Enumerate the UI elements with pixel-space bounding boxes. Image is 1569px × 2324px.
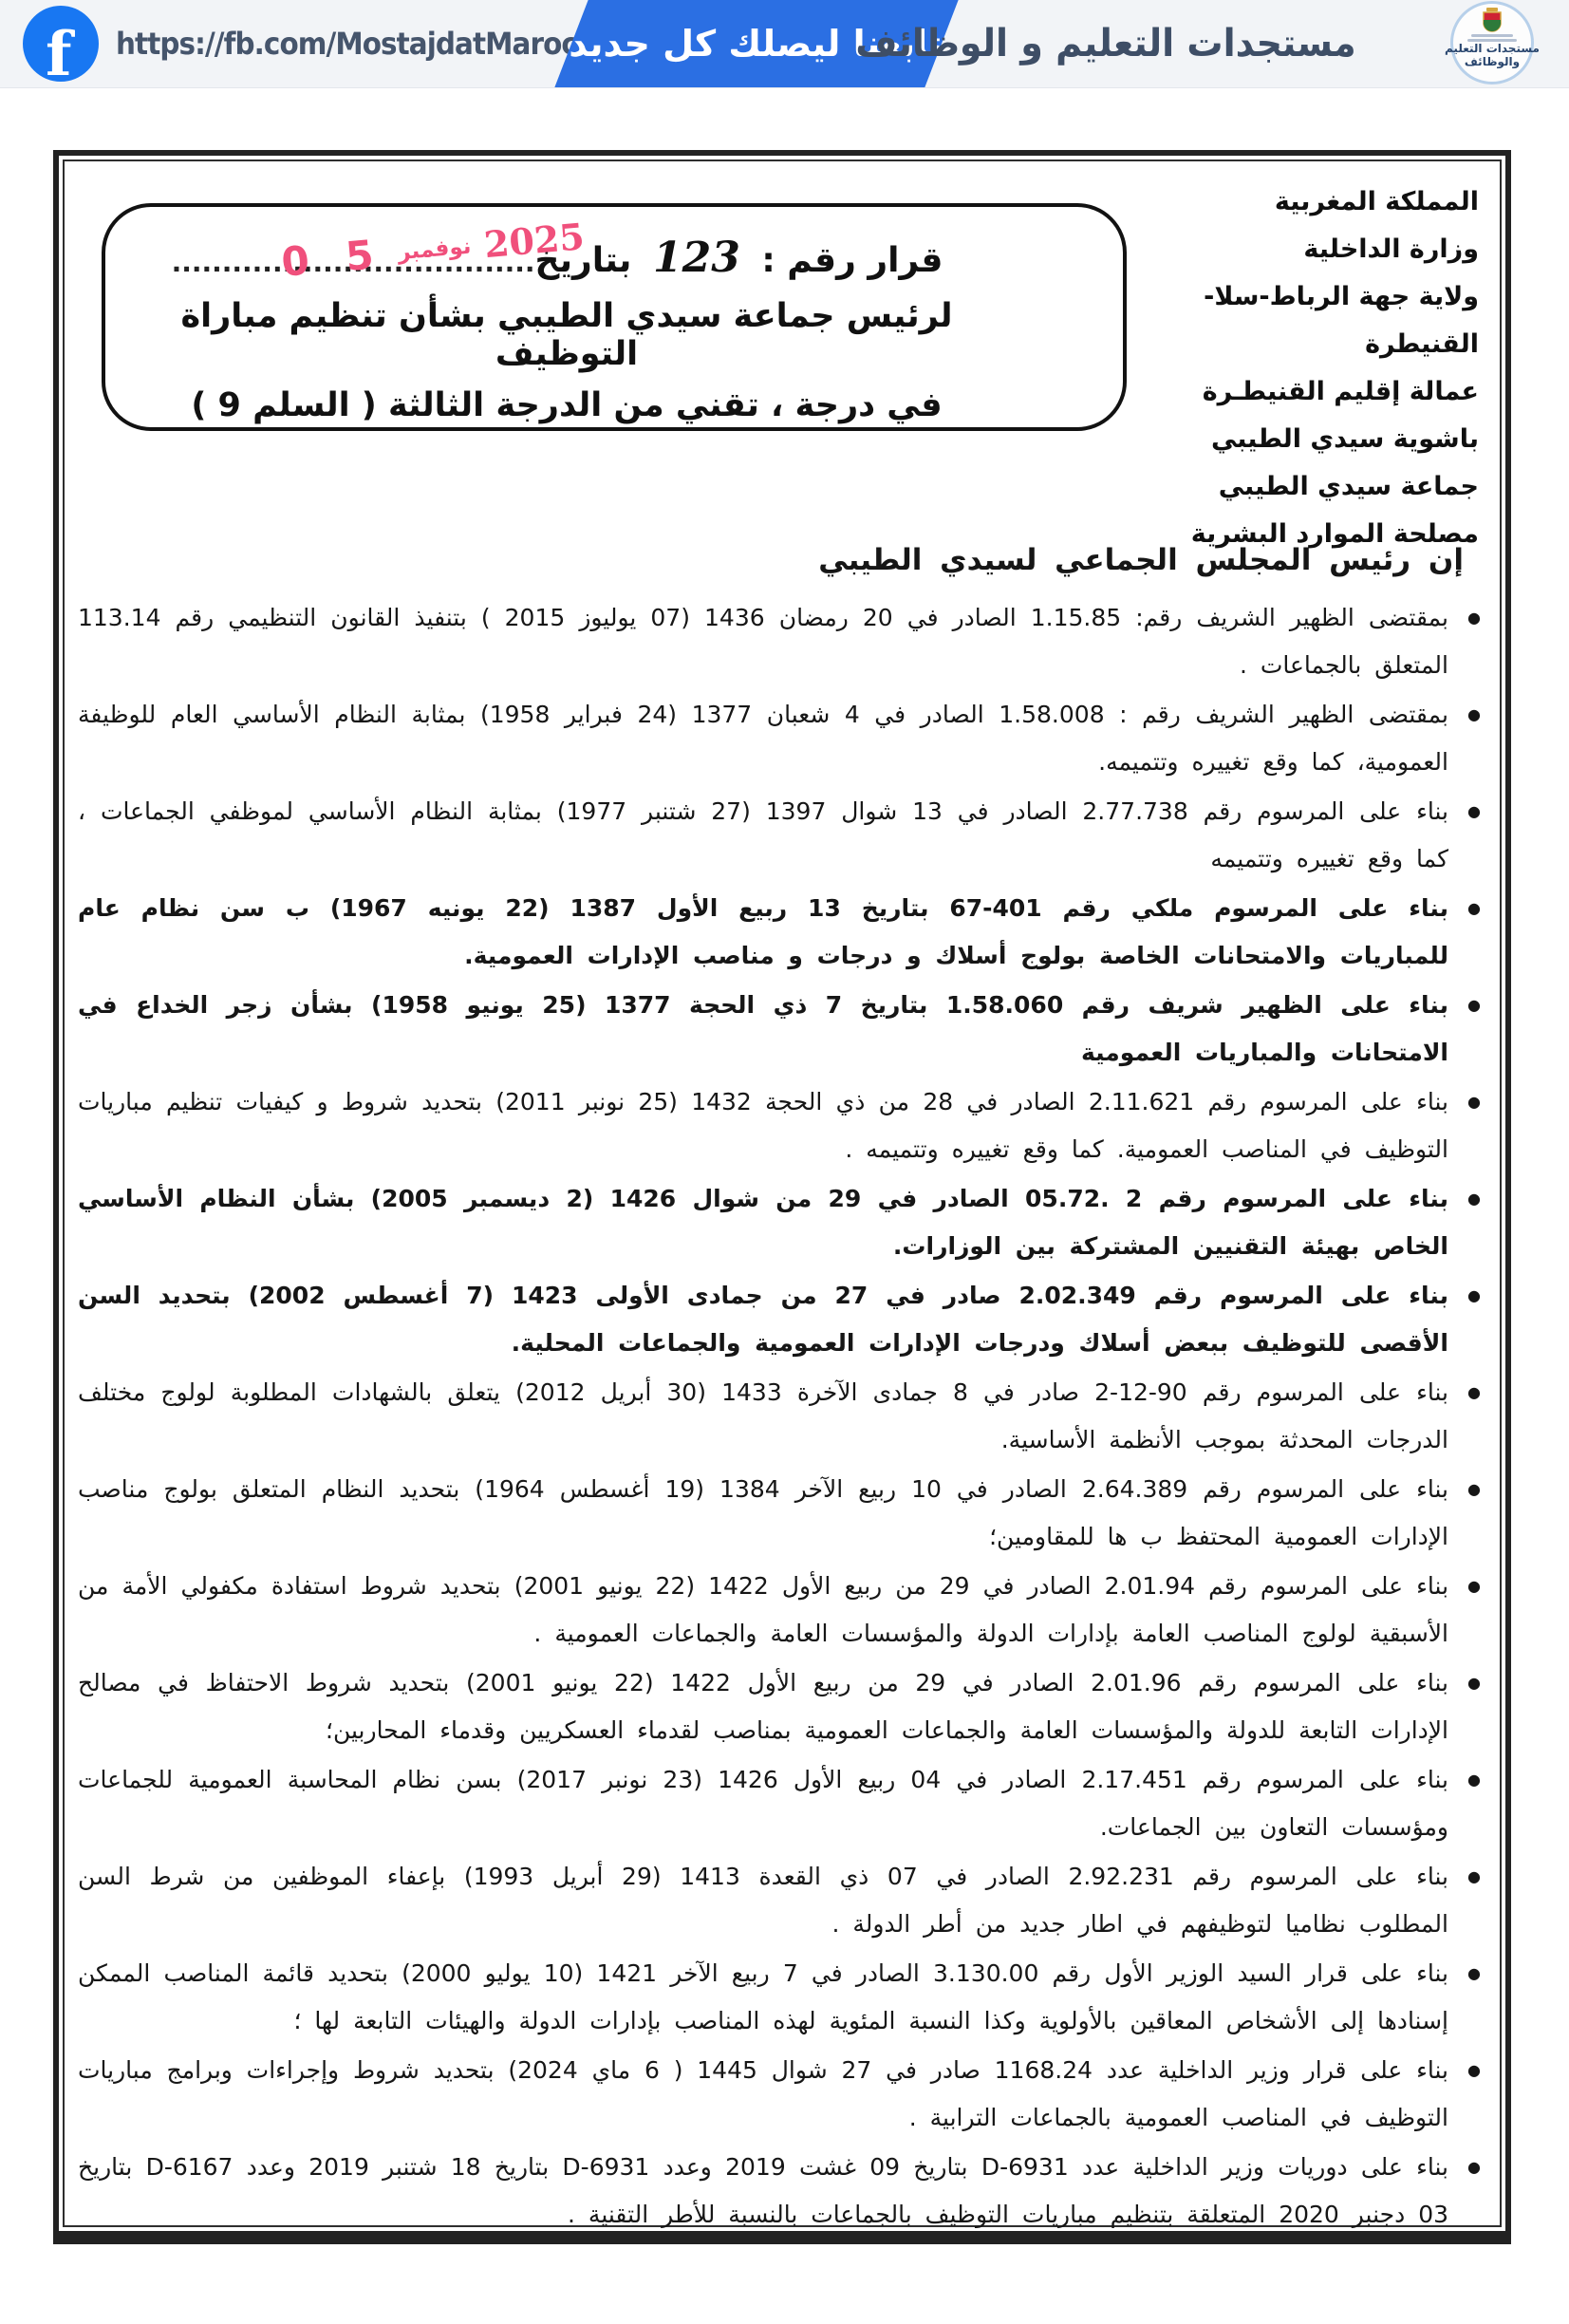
- letterhead-line: باشوية سيدي الطيبي: [1118, 416, 1479, 463]
- facebook-f-glyph: f: [46, 19, 72, 82]
- decree-clause: بناء على الظهير شريف رقم 1.58.060 بتاريخ…: [78, 982, 1485, 1077]
- decree-clauses: بمقتضى الظهير الشريف رقم: 1.15.85 الصادر…: [78, 594, 1485, 2239]
- letterhead-line: جماعة سيدي الطيبي: [1118, 463, 1479, 511]
- facebook-icon[interactable]: f: [23, 6, 99, 82]
- stamp-year: 2025: [482, 215, 586, 266]
- decree-clause: بناء على المرسوم رقم 2 .05.72 الصادر في …: [78, 1175, 1485, 1270]
- decree-clause: بناء على المرسوم رقم 90-12-2 صادر في 8 ج…: [78, 1369, 1485, 1464]
- decree-clause: بناء على المرسوم رقم 2.17.451 الصادر في …: [78, 1756, 1485, 1851]
- decree-clause: بناء على المرسوم ملكي رقم 401-67 بتاريخ …: [78, 885, 1485, 980]
- decree-opening: إن رئيس المجلس الجماعي لسيدي الطيبي: [78, 543, 1485, 577]
- decree-clause: بناء على المرسوم رقم 2.77.738 الصادر في …: [78, 788, 1485, 883]
- decree-clause: بناء على المرسوم رقم 2.11.621 الصادر في …: [78, 1078, 1485, 1173]
- decree-clause: بمقتضى الظهير الشريف رقم : 1.58.008 الصا…: [78, 691, 1485, 786]
- letterhead-line: المملكة المغربية: [1118, 178, 1479, 226]
- decree-number: 123: [644, 234, 750, 282]
- stamp-month: نوفمبر: [397, 234, 472, 265]
- logo-small-text-bar: [1467, 39, 1517, 42]
- letterhead-line: وزارة الداخلية: [1118, 226, 1479, 273]
- letterhead-line: عمالة إقليم القنيطـرة: [1118, 368, 1479, 416]
- facebook-url-link[interactable]: https://fb.com/MostajdatMaroc: [116, 0, 577, 87]
- decree-clause: بناء على المرسوم رقم 2.02.349 صادر في 27…: [78, 1272, 1485, 1367]
- logo-small-text-bar: [1471, 34, 1513, 37]
- decree-clause: بناء على المرسوم رقم 2.92.231 الصادر في …: [78, 1853, 1485, 1948]
- decree-clause: بناء على قرار وزير الداخلية عدد 1168.24 …: [78, 2047, 1485, 2142]
- coat-of-arms-icon: [1478, 8, 1506, 32]
- decree-clause: بناء على قرار السيد الوزير الأول رقم 3.1…: [78, 1950, 1485, 2045]
- decree-number-prefix: قرار رقم :: [761, 241, 943, 280]
- letterhead-line: ولاية جهة الرباط-سلا-القنيطرة: [1118, 273, 1479, 368]
- brand-title: مستجدات التعليم و الوظائف: [948, 0, 1355, 87]
- logo-title-line2: والوظائف: [1465, 55, 1520, 68]
- logo-title-line1: مستجدات التعليم: [1445, 42, 1540, 55]
- letterhead: المملكة المغربيةوزارة الداخليةولاية جهة …: [1118, 178, 1479, 558]
- decree-clause: بناء على المرسوم رقم 2.01.94 الصادر في 2…: [78, 1563, 1485, 1658]
- page-canvas: f https://fb.com/MostajdatMaroc تابعنا ل…: [0, 0, 1569, 2324]
- decree-clause: بناء على المرسوم رقم 2.64.389 الصادر في …: [78, 1466, 1485, 1561]
- decree-title-line3: في درجة ، تقني من الدرجة الثالثة ( السلم…: [105, 386, 1123, 424]
- stamp-day: 0 5: [279, 231, 386, 286]
- decree-title-box: قرار رقم : 123 بتاريخ...................…: [102, 203, 1127, 431]
- decree-number-line: قرار رقم : 123 بتاريخ...................…: [105, 234, 1123, 282]
- decree-clause: بناء على دوريات وزير الداخلية عدد D-6931…: [78, 2144, 1485, 2239]
- brand-logo: مستجدات التعليم والوظائف: [1450, 1, 1534, 84]
- decree-body: إن رئيس المجلس الجماعي لسيدي الطيبي بمقت…: [78, 543, 1485, 2240]
- decree-title-line2: لرئيس جماعة سيدي الطيبي بشأن تنظيم مبارا…: [105, 297, 1123, 373]
- decree-clause: بمقتضى الظهير الشريف رقم: 1.15.85 الصادر…: [78, 594, 1485, 689]
- social-header: f https://fb.com/MostajdatMaroc تابعنا ل…: [0, 0, 1569, 88]
- decree-clause: بناء على المرسوم رقم 2.01.96 الصادر في 2…: [78, 1659, 1485, 1754]
